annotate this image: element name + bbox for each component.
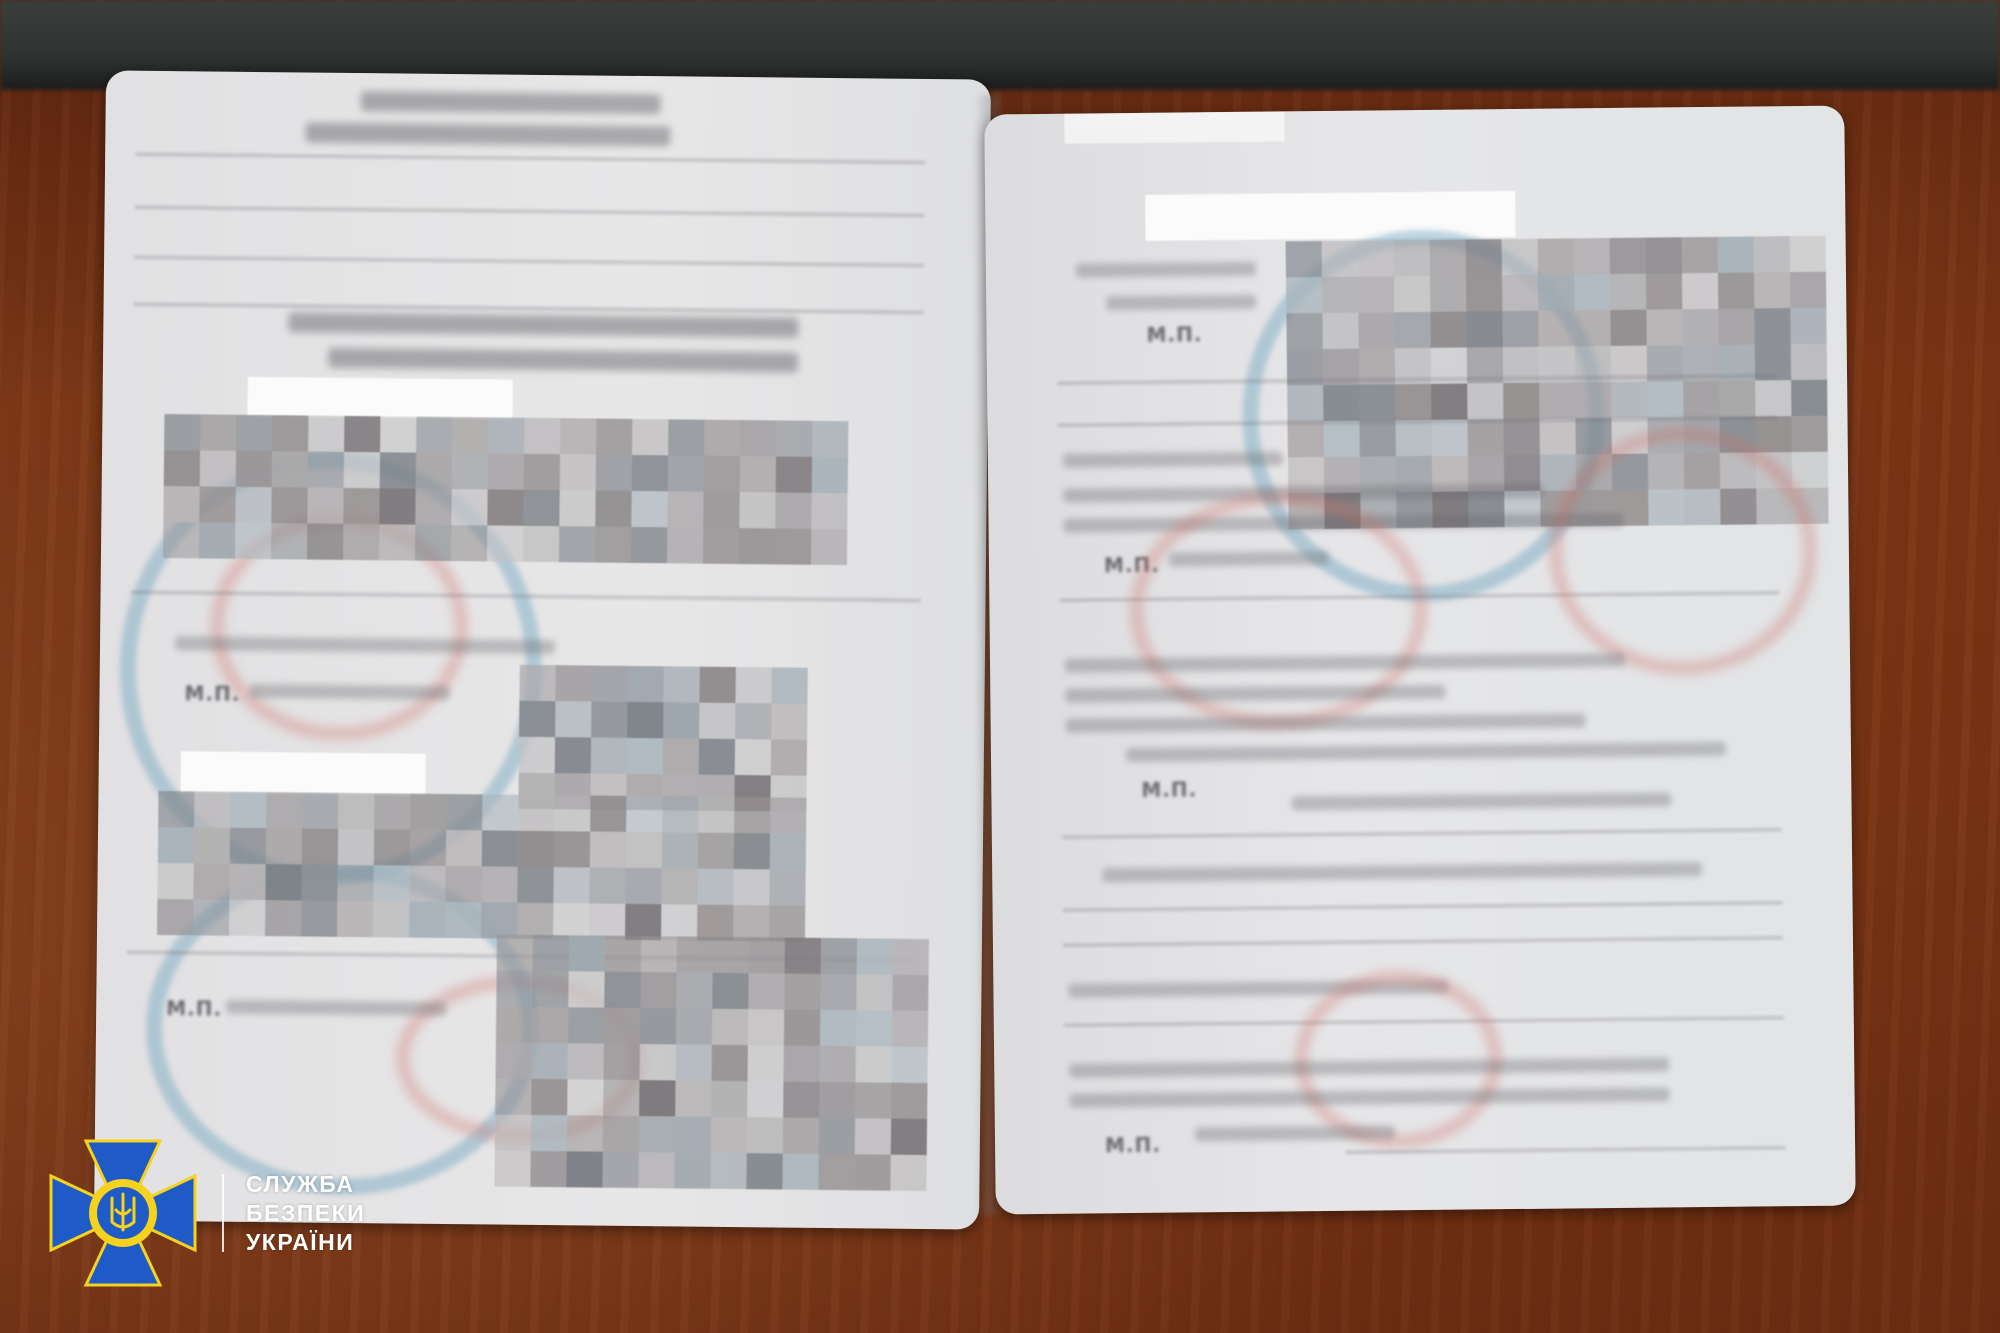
mosaic-cell [555, 665, 591, 701]
mosaic-cell [373, 901, 409, 937]
mosaic-cell [271, 523, 307, 559]
sbu-logo-text: СЛУЖБА БЕЗПЕКИ УКРАЇНИ [246, 1170, 365, 1257]
mosaic-cell [338, 793, 374, 829]
mosaic-cell [1503, 383, 1539, 419]
mosaic-cell [409, 866, 445, 902]
mosaic-cell [519, 737, 555, 773]
mosaic-cell [1286, 277, 1322, 313]
mosaic-cell [517, 867, 553, 903]
mosaic-cell [495, 1079, 531, 1115]
mosaic-cell [1647, 381, 1683, 417]
pixelated-redaction [518, 665, 779, 798]
mosaic-cell [640, 1044, 676, 1080]
mosaic-cell [266, 792, 302, 828]
mosaic-cell [1755, 380, 1791, 416]
mosaic-cell [559, 490, 595, 526]
blurred-text [1102, 862, 1702, 882]
mosaic-cell [626, 796, 662, 832]
mosaic-cell [229, 864, 265, 900]
mosaic-cell [568, 1043, 604, 1079]
mosaic-cell [410, 830, 446, 866]
mosaic-cell [713, 937, 749, 973]
mosaic-cell [811, 493, 847, 529]
mosaic-cell [409, 902, 445, 938]
mosaic-cell [1718, 236, 1754, 272]
stamp-mark-label: М.П. [166, 996, 222, 1021]
mosaic-cell [1287, 385, 1323, 421]
logo-divider [222, 1174, 224, 1252]
mosaic-cell [1574, 274, 1610, 310]
mosaic-cell [200, 450, 236, 486]
mosaic-cell [704, 456, 740, 492]
mosaic-cell [819, 1118, 855, 1154]
mosaic-cell [627, 702, 663, 738]
sbu-cross-emblem-icon [48, 1138, 198, 1288]
mosaic-cell [856, 1010, 892, 1046]
mosaic-cell [663, 738, 699, 774]
mosaic-cell [265, 900, 301, 936]
mosaic-cell [555, 701, 591, 737]
mosaic-cell [271, 487, 307, 523]
mosaic-cell [703, 492, 739, 528]
mosaic-cell [1538, 310, 1574, 346]
mosaic-cell [1755, 416, 1791, 452]
mosaic-cell [1539, 418, 1575, 454]
mosaic-cell [820, 1010, 856, 1046]
mosaic-cell [373, 865, 409, 901]
mosaic-cell [1394, 240, 1430, 276]
mosaic-cell [1790, 272, 1826, 308]
mosaic-cell [783, 1082, 819, 1118]
mosaic-cell [667, 527, 703, 563]
mosaic-cell [374, 793, 410, 829]
mosaic-cell [1754, 308, 1790, 344]
mosaic-cell [1790, 236, 1826, 272]
mosaic-cell [337, 901, 373, 937]
mosaic-cell [856, 974, 892, 1010]
mosaic-cell [749, 937, 785, 973]
mosaic-cell [746, 1153, 782, 1189]
mosaic-cell [1431, 383, 1467, 419]
mosaic-cell [697, 905, 733, 941]
mosaic-cell [1359, 420, 1395, 456]
mosaic-cell [662, 832, 698, 868]
mosaic-cell [703, 528, 739, 564]
mosaic-cell [890, 1155, 926, 1191]
mosaic-cell [1611, 382, 1647, 418]
mosaic-cell [632, 455, 668, 491]
mosaic-cell [451, 489, 487, 525]
mosaic-cell [676, 1044, 712, 1080]
mosaic-cell [523, 526, 559, 562]
mosaic-cell [1322, 313, 1358, 349]
mosaic-cell [569, 935, 605, 971]
mosaic-cell [712, 973, 748, 1009]
stamp-mark-label: М.П. [1141, 777, 1197, 802]
mosaic-cell [495, 1115, 531, 1151]
mosaic-cell [1574, 310, 1610, 346]
mosaic-cell [784, 974, 820, 1010]
blurred-text [1076, 262, 1256, 278]
mosaic-cell [626, 832, 662, 868]
mosaic-cell [733, 869, 769, 905]
mosaic-cell [1610, 310, 1646, 346]
mosaic-cell [530, 1151, 566, 1187]
mosaic-cell [857, 938, 893, 974]
mosaic-cell [524, 454, 560, 490]
mosaic-cell [235, 523, 271, 559]
mosaic-cell [734, 833, 770, 869]
mosaic-cell [307, 488, 343, 524]
mosaic-cell [1538, 238, 1574, 274]
mosaic-cell [770, 833, 806, 869]
stamp-mark-label: М.П. [1146, 322, 1202, 347]
mosaic-cell [1394, 276, 1430, 312]
logo-line-3: УКРАЇНИ [246, 1228, 365, 1257]
mosaic-cell [1502, 239, 1538, 275]
mosaic-cell [819, 1082, 855, 1118]
mosaic-cell [854, 1154, 890, 1190]
mosaic-cell [698, 797, 734, 833]
mosaic-cell [415, 525, 451, 561]
mosaic-cell [1646, 309, 1682, 345]
mosaic-cell [236, 451, 272, 487]
mosaic-cell [602, 1152, 638, 1188]
mosaic-cell [1574, 238, 1610, 274]
mosaic-cell [591, 738, 627, 774]
mosaic-cell [193, 863, 229, 899]
mosaic-cell [416, 453, 452, 489]
mosaic-cell [416, 417, 452, 453]
logo-line-1: СЛУЖБА [246, 1170, 365, 1199]
mosaic-cell [675, 1080, 711, 1116]
blurred-text [1063, 451, 1283, 467]
mosaic-cell [560, 418, 596, 454]
mosaic-cell [776, 456, 812, 492]
mosaic-cell [308, 452, 344, 488]
mosaic-cell [532, 1007, 568, 1043]
mosaic-cell [200, 414, 236, 450]
sbu-logo-watermark: СЛУЖБА БЕЗПЕКИ УКРАЇНИ [48, 1138, 388, 1288]
mosaic-cell [663, 666, 699, 702]
mosaic-cell [1466, 275, 1502, 311]
mosaic-cell [1754, 272, 1790, 308]
mosaic-cell [734, 797, 770, 833]
mosaic-cell [553, 903, 589, 939]
mosaic-cell [1718, 272, 1754, 308]
mosaic-cell [344, 416, 380, 452]
mosaic-cell [338, 829, 374, 865]
mosaic-cell [302, 792, 338, 828]
mosaic-cell [199, 486, 235, 522]
mosaic-cell [663, 702, 699, 738]
blurred-heading [305, 122, 670, 146]
mosaic-cell [343, 524, 379, 560]
blurred-text [1195, 1125, 1395, 1141]
mosaic-cell [668, 455, 704, 491]
mosaic-cell [451, 525, 487, 561]
mosaic-cell [596, 419, 632, 455]
mosaic-cell [595, 491, 631, 527]
mosaic-cell [301, 864, 337, 900]
pixelated-redaction [157, 791, 778, 937]
mosaic-cell [230, 828, 266, 864]
mosaic-cell [308, 416, 344, 452]
mosaic-cell [554, 831, 590, 867]
mosaic-cell [496, 971, 532, 1007]
mosaic-cell [236, 415, 272, 451]
mosaic-cell [603, 1080, 639, 1116]
mosaic-cell [625, 904, 661, 940]
mosaic-cell [812, 457, 848, 493]
mosaic-cell [519, 701, 555, 737]
mosaic-cell [163, 486, 199, 522]
mosaic-cell [603, 1116, 639, 1152]
mosaic-cell [595, 527, 631, 563]
mosaic-cell [446, 794, 482, 830]
blurred-text [1065, 685, 1445, 703]
mosaic-cell [769, 905, 805, 941]
mosaic-cell [1323, 385, 1359, 421]
mosaic-cell [496, 1007, 532, 1043]
mosaic-cell [452, 417, 488, 453]
mosaic-cell [589, 868, 625, 904]
mosaic-cell [1286, 241, 1322, 277]
stamp-mark-label: М.П. [184, 681, 240, 706]
mosaic-cell [771, 667, 807, 703]
mosaic-cell [567, 1115, 603, 1151]
mosaic-cell [785, 938, 821, 974]
document-left-page: М.П. М.П. [94, 70, 991, 1229]
document-right-page: М.П. М.П. М.П. М.П. [984, 106, 1855, 1215]
mosaic-cell [771, 739, 807, 775]
mosaic-cell [1538, 274, 1574, 310]
mosaic-cell [235, 487, 271, 523]
mosaic-cell [641, 936, 677, 972]
mosaic-cell [157, 863, 193, 899]
blurred-text [1291, 792, 1671, 810]
mosaic-cell [488, 453, 524, 489]
mosaic-cell [699, 703, 735, 739]
mosaic-cell [302, 828, 338, 864]
mosaic-cell [711, 1081, 747, 1117]
mosaic-cell [639, 1080, 675, 1116]
mosaic-cell [893, 939, 929, 975]
mosaic-cell [747, 1117, 783, 1153]
mosaic-cell [554, 795, 590, 831]
mosaic-cell [605, 936, 641, 972]
mosaic-cell [1430, 239, 1466, 275]
mosaic-cell [699, 739, 735, 775]
mosaic-cell [193, 899, 229, 935]
blurred-text [226, 1000, 446, 1016]
mosaic-cell [661, 868, 697, 904]
mosaic-cell [230, 792, 266, 828]
mosaic-cell [415, 489, 451, 525]
mosaic-cell [627, 666, 663, 702]
mosaic-cell [344, 452, 380, 488]
form-line [134, 303, 924, 314]
mosaic-cell [452, 453, 488, 489]
mosaic-cell [855, 1082, 891, 1118]
mosaic-cell [1395, 420, 1431, 456]
stamp-mark-label: М.П. [1105, 1133, 1161, 1158]
mosaic-cell [1682, 273, 1718, 309]
mosaic-cell [1466, 239, 1502, 275]
mosaic-cell [1791, 380, 1827, 416]
form-line [134, 256, 924, 267]
mosaic-cell [596, 455, 632, 491]
form-line [1063, 936, 1783, 947]
form-line [1063, 901, 1783, 912]
mosaic-cell [775, 492, 811, 528]
mosaic-cell [604, 1044, 640, 1080]
mosaic-cell [379, 524, 415, 560]
mosaic-cell [164, 414, 200, 450]
mosaic-cell [194, 827, 230, 863]
mosaic-cell [1467, 419, 1503, 455]
mosaic-cell [770, 797, 806, 833]
mosaic-cell [194, 791, 230, 827]
mosaic-cell [676, 1008, 712, 1044]
mosaic-cell [482, 794, 518, 830]
mosaic-cell [735, 703, 771, 739]
mosaic-cell [1575, 382, 1611, 418]
redaction-white-box [180, 751, 425, 796]
mosaic-cell [446, 830, 482, 866]
mosaic-cell [481, 866, 517, 902]
mosaic-cell [820, 974, 856, 1010]
mosaic-cell [524, 418, 560, 454]
mosaic-cell [1502, 311, 1538, 347]
redaction-white-box [247, 377, 512, 420]
mosaic-cell [1359, 384, 1395, 420]
mosaic-cell [158, 791, 194, 827]
mosaic-cell [559, 526, 595, 562]
mosaic-cell [488, 417, 524, 453]
mosaic-cell [638, 1152, 674, 1188]
mosaic-cell [710, 1153, 746, 1189]
mosaic-cell [1358, 240, 1394, 276]
mosaic-cell [735, 667, 771, 703]
mosaic-cell [818, 1154, 854, 1190]
red-stamp [1548, 426, 1819, 677]
mosaic-cell [640, 972, 676, 1008]
mosaic-cell [1467, 383, 1503, 419]
mosaic-cell [1683, 381, 1719, 417]
mosaic-cell [272, 451, 308, 487]
mosaic-cell [1503, 419, 1539, 455]
mosaic-cell [487, 489, 523, 525]
mosaic-cell [1791, 416, 1827, 452]
mosaic-cell [380, 452, 416, 488]
mosaic-cell [163, 522, 199, 558]
mosaic-cell [769, 869, 805, 905]
mosaic-cell [518, 831, 554, 867]
mosaic-cell [812, 421, 848, 457]
mosaic-cell [891, 1047, 927, 1083]
mosaic-cell [307, 524, 343, 560]
blurred-heading [328, 348, 798, 373]
mosaic-cell [1502, 275, 1538, 311]
mosaic-cell [532, 1043, 568, 1079]
mosaic-cell [776, 420, 812, 456]
mosaic-cell [698, 833, 734, 869]
mosaic-cell [494, 1151, 530, 1187]
mosaic-cell [1539, 382, 1575, 418]
mosaic-cell [668, 419, 704, 455]
mosaic-cell [1790, 308, 1826, 344]
mosaic-cell [518, 795, 554, 831]
mosaic-cell [380, 416, 416, 452]
mosaic-cell [1358, 276, 1394, 312]
mosaic-cell [733, 905, 769, 941]
mosaic-cell [410, 794, 446, 830]
mosaic-cell [821, 938, 857, 974]
mosaic-cell [533, 935, 569, 971]
mosaic-cell [1394, 312, 1430, 348]
mosaic-cell [229, 900, 265, 936]
mosaic-cell [560, 454, 596, 490]
mosaic-cell [1430, 311, 1466, 347]
mosaic-cell [1322, 277, 1358, 313]
mosaic-cell [337, 865, 373, 901]
mosaic-cell [301, 900, 337, 936]
mosaic-cell [892, 1011, 928, 1047]
pixelated-redaction [163, 414, 814, 561]
mosaic-cell [747, 1081, 783, 1117]
logo-line-2: БЕЗПЕКИ [246, 1199, 365, 1228]
blurred-text [1066, 713, 1586, 732]
mosaic-cell [1719, 380, 1755, 416]
mosaic-cell [676, 972, 712, 1008]
mosaic-cell [566, 1151, 602, 1187]
mosaic-cell [1322, 241, 1358, 277]
pixelated-redaction [495, 935, 917, 1159]
blurred-heading [361, 91, 661, 114]
mosaic-cell [697, 869, 733, 905]
mosaic-cell [604, 1008, 640, 1044]
mosaic-cell [1610, 238, 1646, 274]
mosaic-cell [748, 973, 784, 1009]
mosaic-cell [627, 738, 663, 774]
mosaic-cell [517, 903, 553, 939]
mosaic-cell [735, 739, 771, 775]
mosaic-cell [739, 528, 775, 564]
mosaic-cell [519, 665, 555, 701]
mosaic-cell [631, 527, 667, 563]
mosaic-cell [640, 1008, 676, 1044]
mosaic-cell [1286, 313, 1322, 349]
mosaic-cell [496, 1043, 532, 1079]
mosaic-cell [1682, 237, 1718, 273]
mosaic-cell [265, 864, 301, 900]
mosaic-cell [1718, 308, 1754, 344]
mosaic-cell [891, 1083, 927, 1119]
mosaic-cell [677, 936, 713, 972]
mosaic-cell [445, 866, 481, 902]
mosaic-cell [164, 450, 200, 486]
mosaic-cell [590, 796, 626, 832]
mosaic-cell [1646, 237, 1682, 273]
blurred-heading [288, 312, 798, 337]
mosaic-cell [747, 1045, 783, 1081]
mosaic-cell [711, 1117, 747, 1153]
mosaic-cell [379, 488, 415, 524]
mosaic-cell [272, 415, 308, 451]
mosaic-cell [748, 1009, 784, 1045]
mosaic-cell [497, 935, 533, 971]
